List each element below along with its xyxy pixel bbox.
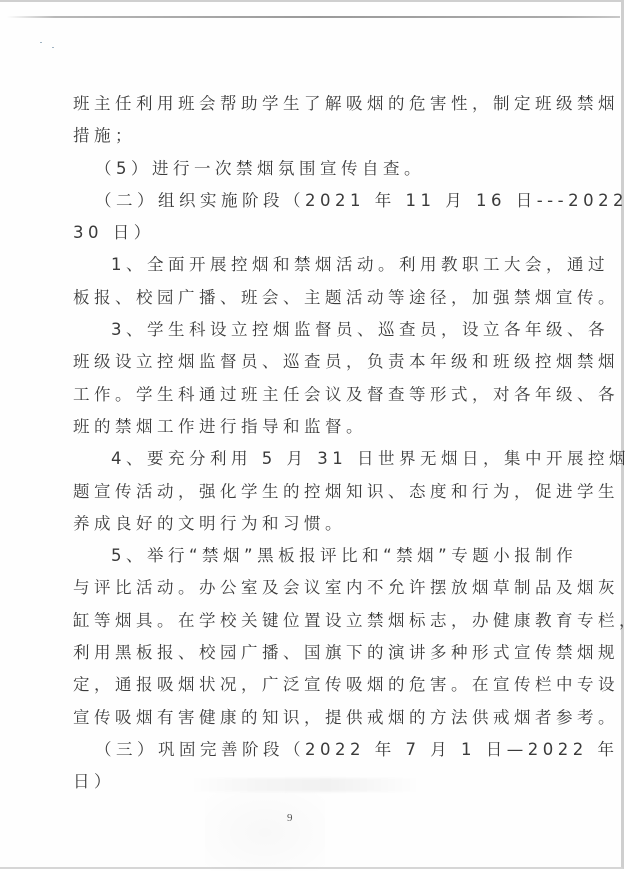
text-line: 板报、校园广播、班会、主题活动等途径，加强禁烟宣传。: [73, 282, 523, 314]
paragraph-1-start: 1、全面开展控烟和禁烟活动。利用教职工大会，通过: [73, 249, 523, 281]
paragraph-3-start: 3、学生科设立控烟监督员、巡查员，设立各年级、各: [73, 314, 523, 346]
text-line: 班的禁烟工作进行指导和监督。: [73, 411, 523, 443]
text-line: 与评比活动。办公室及会议室内不允许摆放烟草制品及烟灰: [73, 572, 523, 604]
text-line: 养成良好的文明行为和习惯。: [73, 508, 523, 540]
scan-speck: [52, 47, 54, 48]
scanned-page: 班主任利用班会帮助学生了解吸烟的危害性，制定班级禁烟 措施； （5）进行一次禁烟…: [0, 0, 624, 869]
bleed-through-text: [190, 778, 420, 792]
text-line: 班级设立控烟监督员、巡查员，负责本年级和班级控烟禁烟: [73, 346, 523, 378]
text-line: 题宣传活动，强化学生的控烟知识、态度和行为，促进学生: [73, 476, 523, 508]
list-item-5: （5）进行一次禁烟氛围宣传自查。: [73, 153, 523, 185]
scan-speck: [40, 42, 42, 43]
text-line: 利用黑板报、校园广播、国旗下的演讲多种形式宣传禁烟规: [73, 637, 523, 669]
page-number: 9: [287, 812, 293, 824]
scan-edge-line: [6, 16, 620, 18]
section-heading-3: （三）巩固完善阶段（2022 年 7 月 1 日—2022 年 9 月 30: [73, 734, 523, 766]
text-line: 工作。学生科通过班主任会议及督查等形式，对各年级、各: [73, 379, 523, 411]
text-line: 宣传吸烟有害健康的知识，提供戒烟的方法供戒烟者参考。: [73, 702, 523, 734]
text-line: 30 日）: [73, 217, 523, 249]
document-body: 班主任利用班会帮助学生了解吸烟的危害性，制定班级禁烟 措施； （5）进行一次禁烟…: [73, 88, 523, 799]
paragraph-4-start: 4、要充分利用 5 月 31 日世界无烟日，集中开展控烟主: [73, 443, 523, 475]
section-heading-2: （二）组织实施阶段（2021 年 11 月 16 日---2022 年 6 月: [73, 185, 523, 217]
scan-smudge: [205, 792, 325, 871]
paragraph-5-start: 5、举行“禁烟”黑板报评比和“禁烟”专题小报制作: [73, 540, 523, 572]
text-line: 措施；: [73, 120, 523, 152]
text-line: 定，通报吸烟状况，广泛宣传吸烟的危害。在宣传栏中专设: [73, 669, 523, 701]
text-line: 班主任利用班会帮助学生了解吸烟的危害性，制定班级禁烟: [73, 88, 523, 120]
text-line: 缸等烟具。在学校关键位置设立禁烟标志，办健康教育专栏，: [73, 605, 523, 637]
